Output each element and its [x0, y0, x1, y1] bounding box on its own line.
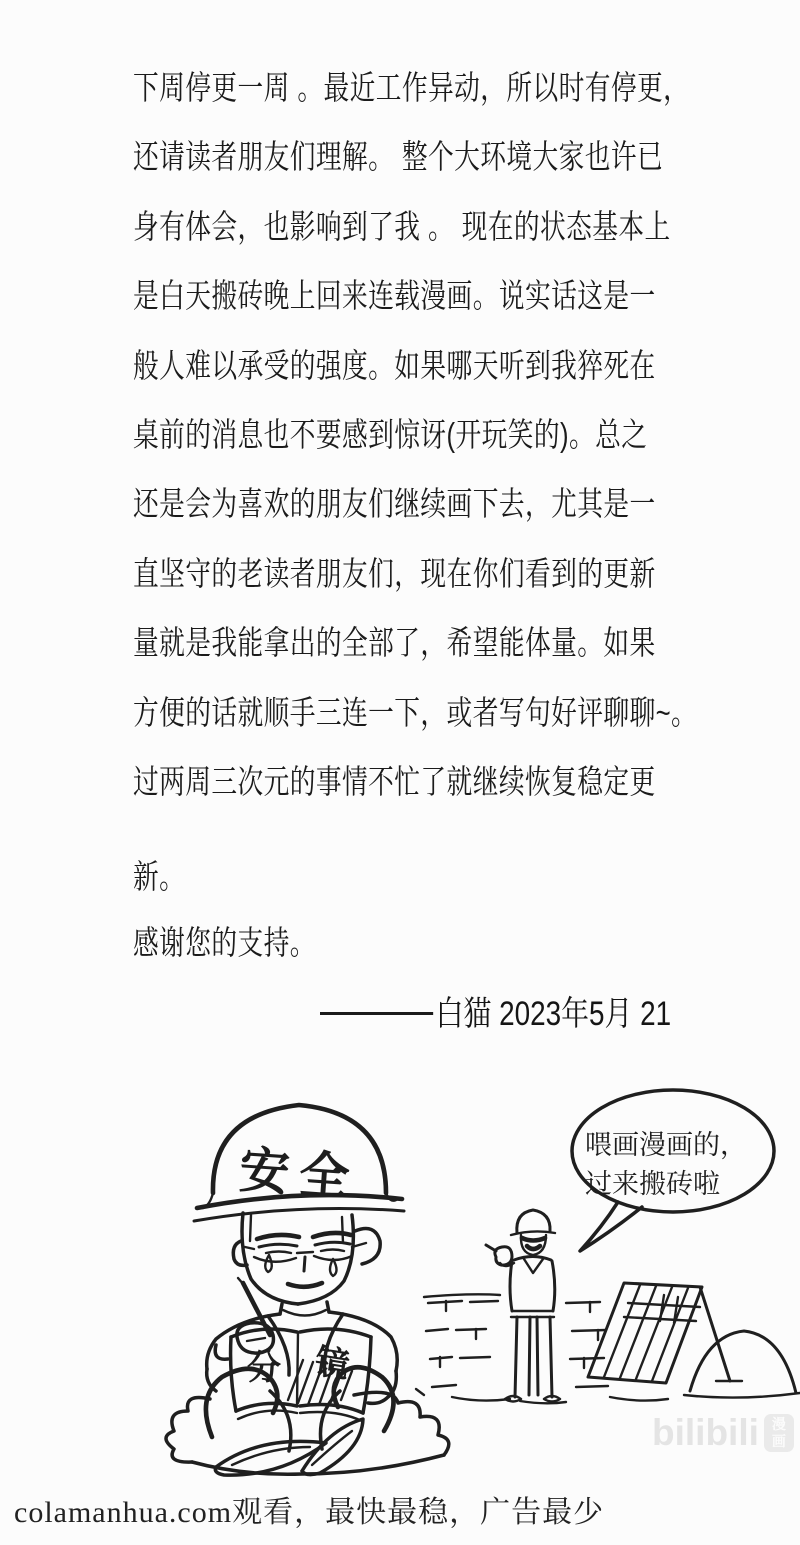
artist-figure: 安全	[166, 1105, 449, 1475]
hiatus-illustration: 喂画漫画的， 过来搬砖啦 安全	[0, 1045, 800, 1545]
note-line: 下周停更一周 。最近工作异动，所以时有停更，	[133, 53, 726, 122]
sweat-drop-left	[265, 1255, 272, 1272]
speech-bubble-text-line1: 喂画漫画的，	[585, 1130, 747, 1160]
worker-helmet	[517, 1210, 550, 1233]
author-note: 下周停更一周 。最近工作异动，所以时有停更， 还请读者朋友们理解。 整个大环境大…	[133, 53, 726, 976]
manga-badge: 漫 画	[764, 1414, 794, 1452]
ground-lines	[416, 1389, 668, 1403]
note-line: 还是会为喜欢的朋友们继续画下去，尤其是一	[133, 469, 726, 538]
note-line: 般人难以承受的强度。如果哪天听到我猝死在	[133, 331, 726, 400]
sieve-screen	[588, 1283, 742, 1383]
pen-hand	[215, 1278, 273, 1359]
nose	[304, 1257, 305, 1271]
storyboard-book: 分 镜	[231, 1329, 371, 1421]
note-line: 桌前的消息也不要感到惊讶(开玩笑的)。总之	[133, 400, 726, 469]
manga-badge-char-bottom: 画	[772, 1433, 786, 1449]
signature-text: 白猫 2023年5月 21	[436, 995, 672, 1033]
note-line: 过两周三次元的事情不忙了就继续恢复稳定更	[133, 747, 726, 816]
signature-dash	[320, 1012, 433, 1015]
manga-badge-char-top: 漫	[772, 1416, 786, 1432]
note-line: 还请读者朋友们理解。 整个大环境大家也许已	[133, 122, 726, 191]
site-caption: colamanhua.com观看，最快最稳，广告最少	[14, 1487, 604, 1531]
bilibili-watermark: bilibili 漫 画	[652, 1412, 794, 1454]
note-line: 方便的话就顺手三连一下，或者写句好评聊聊~。	[133, 678, 726, 747]
note-line: 量就是我能拿出的全部了，希望能体量。如果	[133, 608, 726, 677]
crossed-legs	[206, 1367, 394, 1475]
artist-face	[233, 1213, 380, 1304]
note-thanks-line: 感谢您的支持。	[133, 910, 726, 976]
worker-legs	[505, 1317, 560, 1402]
note-line: 直坚守的老读者朋友们，现在你们看到的更新	[133, 539, 726, 608]
helmet-text: 安全	[238, 1142, 362, 1206]
tired-eyes	[257, 1233, 351, 1253]
book-right-page-text: 镜	[312, 1342, 352, 1386]
note-line: 是白天搬砖晚上回来连载漫画。说实话这是一	[133, 261, 726, 330]
comic-page: 下周停更一周 。最近工作异动，所以时有停更， 还请读者朋友们理解。 整个大环境大…	[0, 0, 800, 1545]
worker-figure	[486, 1210, 560, 1402]
note-line: 身有体会，也影响到了我 。 现在的状态基本上	[133, 192, 726, 261]
speech-bubble-text-line2: 过来搬砖啦	[585, 1169, 720, 1199]
mouth	[288, 1283, 322, 1287]
thumbing-hand	[486, 1245, 514, 1266]
sand-mound	[684, 1331, 800, 1398]
speech-bubble: 喂画漫画的， 过来搬砖啦	[572, 1090, 774, 1251]
note-closing-line: 新。	[133, 844, 726, 910]
bilibili-logo-text: bilibili	[652, 1412, 759, 1454]
speech-bubble-tail	[580, 1202, 642, 1251]
sweat-drop-right	[330, 1259, 337, 1276]
author-signature: 白猫 2023年5月 21	[320, 986, 671, 1035]
sieve-strut	[700, 1287, 730, 1381]
safety-helmet: 安全	[194, 1105, 404, 1221]
